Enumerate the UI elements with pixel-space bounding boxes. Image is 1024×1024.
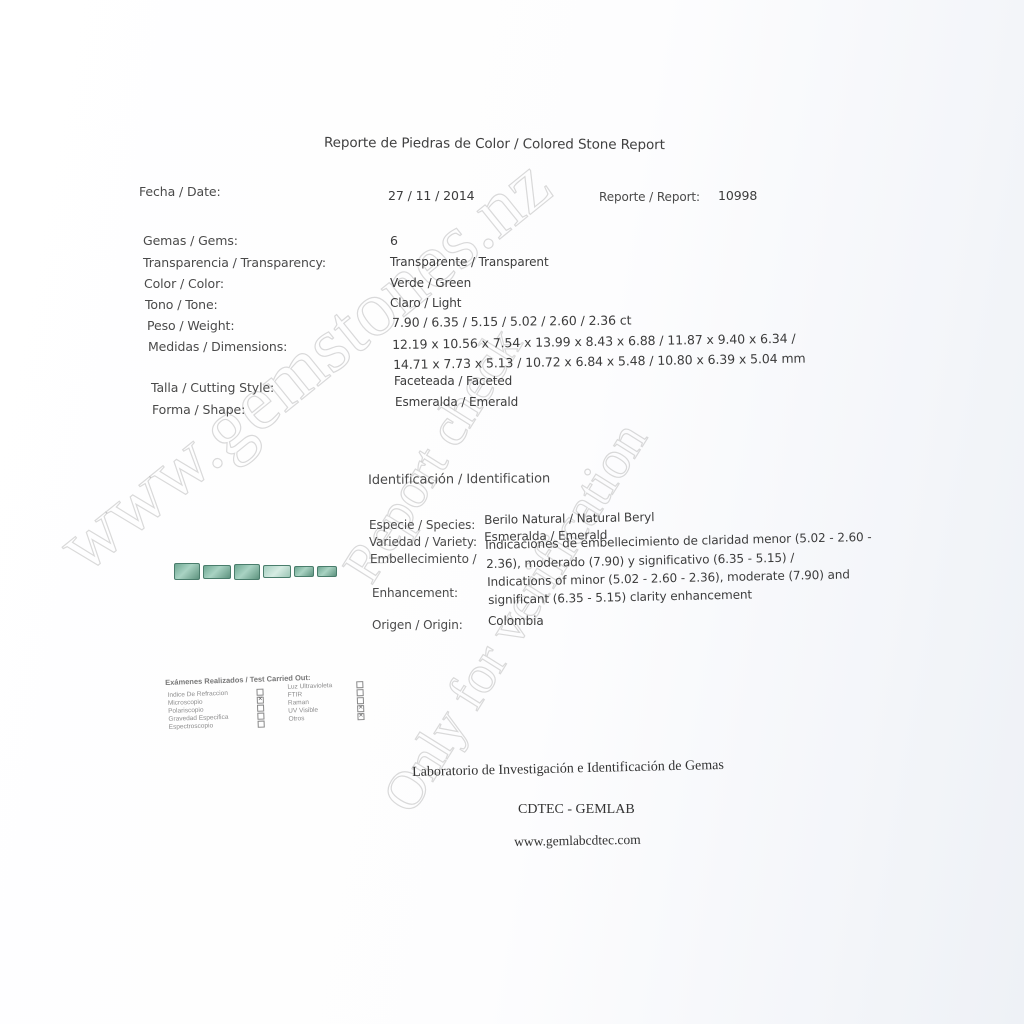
report-title: Reporte de Piedras de Color / Colored St… bbox=[324, 135, 665, 153]
gem-stone-icon bbox=[174, 563, 200, 580]
checkbox-checked-icon: ✕ bbox=[357, 713, 364, 720]
dimensions-value-line2: 14.71 x 7.73 x 5.13 / 10.72 x 6.84 x 5.4… bbox=[393, 351, 806, 372]
tests-right-column: Luz Ultravioleta FTIR Raman UV Visible✕ … bbox=[287, 681, 364, 724]
weight-label: Peso / Weight: bbox=[147, 318, 234, 333]
gem-stone-icon bbox=[234, 564, 260, 580]
gem-photo bbox=[174, 563, 337, 580]
test-name: Espectroscopio bbox=[169, 722, 214, 732]
shape-label: Forma / Shape: bbox=[152, 402, 245, 417]
transparency-label: Transparencia / Transparency: bbox=[143, 255, 326, 270]
date-label: Fecha / Date: bbox=[139, 184, 221, 199]
checkbox-unchecked-icon bbox=[257, 713, 264, 720]
dimensions-label: Medidas / Dimensions: bbox=[148, 339, 287, 354]
tests-carried-out: Exámenes Realizados / Test Carried Out: … bbox=[165, 673, 311, 687]
origin-label: Origen / Origin: bbox=[372, 618, 463, 632]
checkbox-checked-icon: ✕ bbox=[357, 705, 364, 712]
enhancement-line-4: significant (6.35 - 5.15) clarity enhanc… bbox=[488, 587, 752, 607]
test-item: Otros✕ bbox=[288, 713, 364, 724]
test-name: Otros bbox=[288, 715, 304, 724]
color-label: Color / Color: bbox=[144, 276, 224, 291]
checkbox-unchecked-icon bbox=[357, 689, 364, 696]
transparency-value: Transparente / Transparent bbox=[390, 255, 549, 269]
checkbox-unchecked-icon bbox=[357, 697, 364, 704]
tests-left-column: Indice De Refraccion Microscopio✕ Polari… bbox=[167, 689, 264, 732]
gems-value: 6 bbox=[390, 233, 398, 248]
cutting-style-value: Faceteada / Faceted bbox=[394, 374, 512, 388]
report-page: www.gemstones.nz Report check Only for v… bbox=[0, 0, 1024, 1024]
enhancement-line-2: 2.36), moderado (7.90) y significativo (… bbox=[486, 551, 794, 571]
enhancement-label-es: Embellecimiento / bbox=[370, 552, 476, 566]
species-value: Berilo Natural / Natural Beryl bbox=[484, 510, 655, 527]
lab-website: www.gemlabcdtec.com bbox=[514, 832, 641, 850]
checkbox-unchecked-icon bbox=[356, 681, 363, 688]
color-value: Verde / Green bbox=[390, 276, 471, 290]
identification-heading: Identificación / Identification bbox=[368, 471, 550, 488]
cutting-style-label: Talla / Cutting Style: bbox=[151, 380, 274, 395]
test-name: Luz Ultravioleta bbox=[287, 682, 332, 692]
checkbox-unchecked-icon bbox=[256, 689, 263, 696]
date-value: 27 / 11 / 2014 bbox=[388, 188, 475, 203]
species-label: Especie / Species: bbox=[369, 518, 475, 532]
gem-stone-icon bbox=[203, 565, 231, 579]
tone-label: Tono / Tone: bbox=[145, 297, 218, 312]
origin-value: Colombia bbox=[488, 614, 544, 628]
gem-stone-icon bbox=[263, 565, 291, 578]
checkbox-checked-icon: ✕ bbox=[257, 697, 264, 704]
lab-name: Laboratorio de Investigación e Identific… bbox=[412, 758, 724, 781]
shape-value: Esmeralda / Emerald bbox=[395, 395, 518, 409]
variety-label: Variedad / Variety: bbox=[369, 535, 477, 549]
tone-value: Claro / Light bbox=[390, 296, 461, 310]
gem-stone-icon bbox=[294, 566, 314, 577]
gem-stone-icon bbox=[317, 566, 337, 577]
enhancement-label-en: Enhancement: bbox=[372, 586, 458, 600]
checkbox-unchecked-icon bbox=[257, 705, 264, 712]
report-number: 10998 bbox=[718, 188, 757, 203]
report-label: Reporte / Report: bbox=[599, 190, 700, 204]
gems-label: Gemas / Gems: bbox=[143, 233, 238, 248]
enhancement-line-3: Indications of minor (5.02 - 2.60 - 2.36… bbox=[487, 567, 850, 589]
checkbox-unchecked-icon bbox=[258, 721, 265, 728]
dimensions-value-line1: 12.19 x 10.56 x 7.54 x 13.99 x 8.43 x 6.… bbox=[392, 331, 796, 352]
weight-value: 7.90 / 6.35 / 5.15 / 5.02 / 2.60 / 2.36 … bbox=[392, 312, 631, 330]
lab-short-name: CDTEC - GEMLAB bbox=[518, 802, 635, 818]
